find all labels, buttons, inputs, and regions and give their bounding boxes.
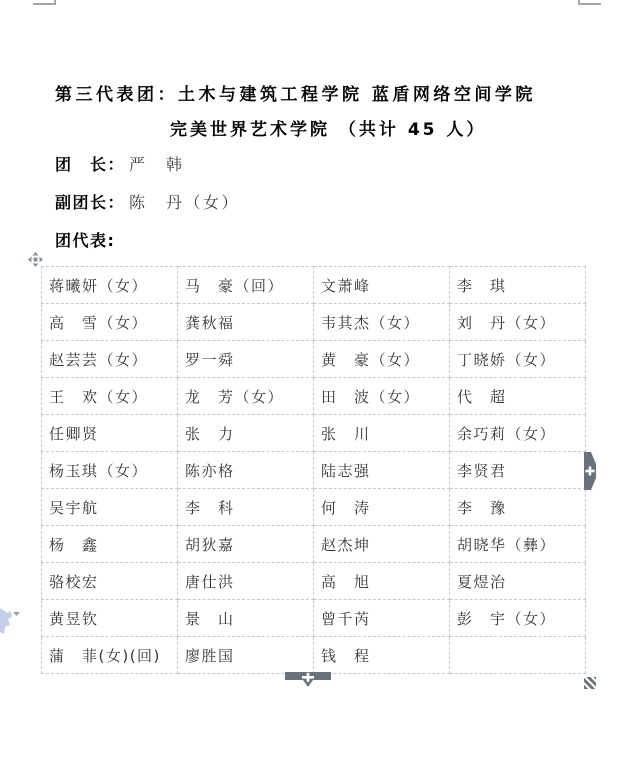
table-cell[interactable]: 李 琪 [450,267,586,304]
table-cell[interactable]: 蒲 菲(女)(回) [42,637,178,674]
table-cell[interactable]: 吴宇航 [42,489,178,526]
table-cell[interactable]: 罗一舜 [178,341,314,378]
table-cell[interactable]: 胡晓华（彝） [450,526,586,563]
table-cell[interactable]: 丁晓娇（女） [450,341,586,378]
table-cell[interactable]: 文萧峰 [314,267,450,304]
table-cell[interactable]: 任卿贤 [42,415,178,452]
table-cell[interactable]: 黄昱钦 [42,600,178,637]
table-cell[interactable]: 张 川 [314,415,450,452]
table-cell[interactable]: 赵杰坤 [314,526,450,563]
table-cell[interactable]: 李贤君 [450,452,586,489]
margin-corner-mark-right [578,0,601,5]
table-cell[interactable]: 韦其杰（女） [314,304,450,341]
table-cell[interactable]: 马 豪（回） [178,267,314,304]
table-move-handle-icon[interactable] [28,252,43,267]
cursor-ghost-icon [0,606,22,636]
leader-name: 严 韩 [129,155,185,174]
table-cell[interactable]: 李 豫 [450,489,586,526]
table-cell[interactable]: 田 波（女） [314,378,450,415]
table-cell[interactable]: 刘 丹（女） [450,304,586,341]
deputy-leader-line[interactable]: 副团长：陈 丹（女） [55,190,240,213]
table-cell[interactable]: 杨玉琪（女） [42,452,178,489]
table-cell[interactable]: 张 力 [178,415,314,452]
table-cell[interactable]: 代 超 [450,378,586,415]
table-cell[interactable]: 陆志强 [314,452,450,489]
table-cell[interactable]: 王 欢（女） [42,378,178,415]
table-cell[interactable]: 钱 程 [314,637,450,674]
add-column-button[interactable] [584,452,596,490]
table-cell[interactable]: 蒋曦妍（女） [42,267,178,304]
table-row: 杨玉琪（女） 陈亦格 陆志强 李贤君 [42,452,586,489]
table-cell[interactable]: 曾千芮 [314,600,450,637]
table-cell[interactable]: 廖胜国 [178,637,314,674]
add-row-button[interactable] [285,672,331,688]
table-cell[interactable]: 高 旭 [314,563,450,600]
table-cell[interactable]: 陈亦格 [178,452,314,489]
four-arrows-icon [28,252,43,267]
table-row: 吴宇航 李 科 何 涛 李 豫 [42,489,586,526]
delegation-title-line2[interactable]: 完美世界艺术学院 （共计 45 人） [170,115,486,140]
table-cell[interactable]: 何 涛 [314,489,450,526]
table-cell[interactable]: 景 山 [178,600,314,637]
table-row: 赵芸芸（女） 罗一舜 黄 豪（女） 丁晓娇（女） [42,341,586,378]
table-cell[interactable]: 夏煜治 [450,563,586,600]
leader-label: 团 长： [55,155,125,174]
table-row: 蒲 菲(女)(回) 廖胜国 钱 程 [42,637,586,674]
hand-cursor-shape [0,606,22,636]
delegates-table: 蒋曦妍（女） 马 豪（回） 文萧峰 李 琪 高 雪（女） 龚秋福 韦其杰（女） … [41,266,586,674]
table-cell[interactable]: 李 科 [178,489,314,526]
add-row-banner-icon [285,672,331,688]
table-cell[interactable]: 龙 芳（女） [178,378,314,415]
add-column-flag-icon [584,452,596,490]
table-row: 骆校宏 唐仕洪 高 旭 夏煜治 [42,563,586,600]
deputy-leader-name: 陈 丹（女） [129,193,240,212]
table-cell[interactable]: 黄 豪（女） [314,341,450,378]
table-row: 任卿贤 张 力 张 川 余巧莉（女） [42,415,586,452]
table-cell[interactable]: 胡狄嘉 [178,526,314,563]
margin-corner-mark-left [33,0,56,5]
table-cell[interactable]: 彭 宇（女） [450,600,586,637]
table-cell[interactable]: 骆校宏 [42,563,178,600]
table-row: 蒋曦妍（女） 马 豪（回） 文萧峰 李 琪 [42,267,586,304]
leader-line[interactable]: 团 长：严 韩 [55,152,185,175]
delegation-title-line1[interactable]: 第三代表团：土木与建筑工程学院 蓝盾网络空间学院 [55,80,536,105]
table-cell[interactable]: 高 雪（女） [42,304,178,341]
word-document-page: { "document": { "title_line1": "第三代表团：土木… [0,0,640,761]
table-cell[interactable]: 龚秋福 [178,304,314,341]
deputy-leader-label: 副团长： [55,193,125,212]
table-cell[interactable]: 杨 鑫 [42,526,178,563]
table-row: 黄昱钦 景 山 曾千芮 彭 宇（女） [42,600,586,637]
table-cell[interactable]: 赵芸芸（女） [42,341,178,378]
table-row: 杨 鑫 胡狄嘉 赵杰坤 胡晓华（彝） [42,526,586,563]
table-cell[interactable] [450,637,586,674]
table-row: 高 雪（女） 龚秋福 韦其杰（女） 刘 丹（女） [42,304,586,341]
table-cell[interactable]: 余巧莉（女） [450,415,586,452]
table-row: 王 欢（女） 龙 芳（女） 田 波（女） 代 超 [42,378,586,415]
table-cell[interactable]: 唐仕洪 [178,563,314,600]
delegates-heading[interactable]: 团代表: [55,228,115,251]
table-resize-handle[interactable] [584,677,596,689]
